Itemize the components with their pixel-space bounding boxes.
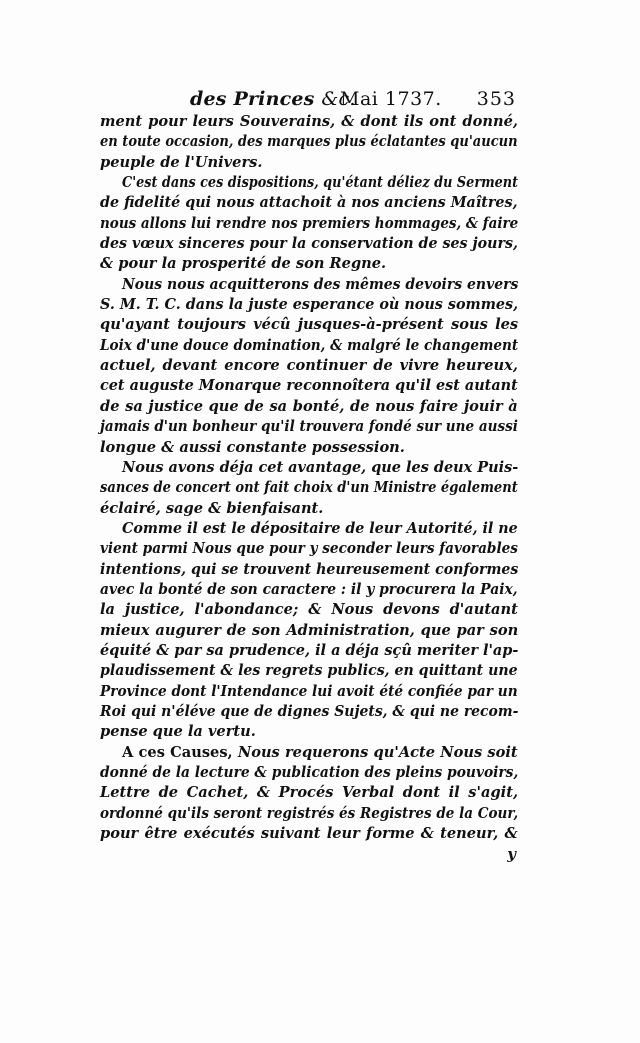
text-line: & pour la prosperité de son Regne.	[100, 254, 518, 274]
text-line: en toute occasion, des marques plus écla…	[100, 132, 518, 152]
text-line: Lettre de Cachet, & Procés Verbal dont i…	[100, 783, 518, 803]
paragraph-start-line: Comme il est le dépositaire de leur Auto…	[100, 519, 518, 539]
running-head-date: Mai 1737.	[340, 86, 442, 112]
text-line: vient parmi Nous que pour y seconder leu…	[100, 539, 518, 559]
paragraph-start-line: C'est dans ces dispositions, qu'étant dé…	[100, 173, 518, 193]
body-text: ment pour leurs Souverains, & dont ils o…	[100, 112, 518, 844]
text-line: sances de concert ont fait choix d'un Mi…	[100, 478, 518, 498]
text-line: S. M. T. C. dans la juste esperance où n…	[100, 295, 518, 315]
text-line: mieux augurer de son Administration, que…	[100, 621, 518, 641]
running-head-title: des Princes &c.	[190, 86, 356, 112]
text-line: des vœux sinceres pour la conservation d…	[100, 234, 518, 254]
text-line: nous allons lui rendre nos premiers homm…	[100, 214, 518, 234]
text-line: pour être exécutés suivant leur forme & …	[100, 824, 518, 844]
text-line: équité & par sa prudence, il a déja sçû …	[100, 641, 518, 661]
roman-lead-in: A ces Causes,	[122, 744, 233, 761]
text-line: Roi qui n'éléve que de dignes Sujets, & …	[100, 702, 518, 722]
text-line: longue & aussi constante possession.	[100, 438, 518, 458]
text-line: la justice, l'abondance; & Nous devons d…	[100, 600, 518, 620]
text-line: qu'ayant toujours vécû jusques-à-présent…	[100, 315, 518, 335]
text-line: actuel, devant encore continuer de vivre…	[100, 356, 518, 376]
text-line: Province dont l'Intendance lui avoit été…	[100, 682, 518, 702]
book-page: des Princes &c. Mai 1737. 353 ment pour …	[100, 86, 518, 864]
paragraph-start-line: A ces Causes, Nous requerons qu'Acte Nou…	[100, 743, 518, 763]
text-line: de sa justice que de sa bonté, de nous f…	[100, 397, 518, 417]
page-number: 353	[477, 86, 516, 112]
text-line: éclairé, sage & bienfaisant.	[100, 499, 518, 519]
text-line: cet auguste Monarque reconnoîtera qu'il …	[100, 376, 518, 396]
text-line: pense que la vertu.	[100, 722, 518, 742]
text-line: plaudissement & les regrets publics, en …	[100, 661, 518, 681]
text-line: avec la bonté de son caractere : il y pr…	[100, 580, 518, 600]
text-line: donné de la lecture & publication des pl…	[100, 763, 518, 783]
text-line: Loix d'une douce domination, & malgré le…	[100, 336, 518, 356]
running-head: des Princes &c. Mai 1737. 353	[100, 86, 518, 112]
text-line: intentions, qui se trouvent heureusement…	[100, 560, 518, 580]
catchword: y	[100, 844, 518, 864]
text-line: de fidelité qui nous attachoit à nos anc…	[100, 193, 518, 213]
text-line: jamais d'un bonheur qu'il trouvera fondé…	[100, 417, 518, 437]
paragraph-start-line: Nous avons déja cet avantage, que les de…	[100, 458, 518, 478]
paragraph-start-line: Nous nous acquitterons des mêmes devoirs…	[100, 275, 518, 295]
text-line: peuple de l'Univers.	[100, 153, 518, 173]
text-line: ment pour leurs Souverains, & dont ils o…	[100, 112, 518, 132]
text-line: ordonné qu'ils seront registrés és Regis…	[100, 804, 518, 824]
